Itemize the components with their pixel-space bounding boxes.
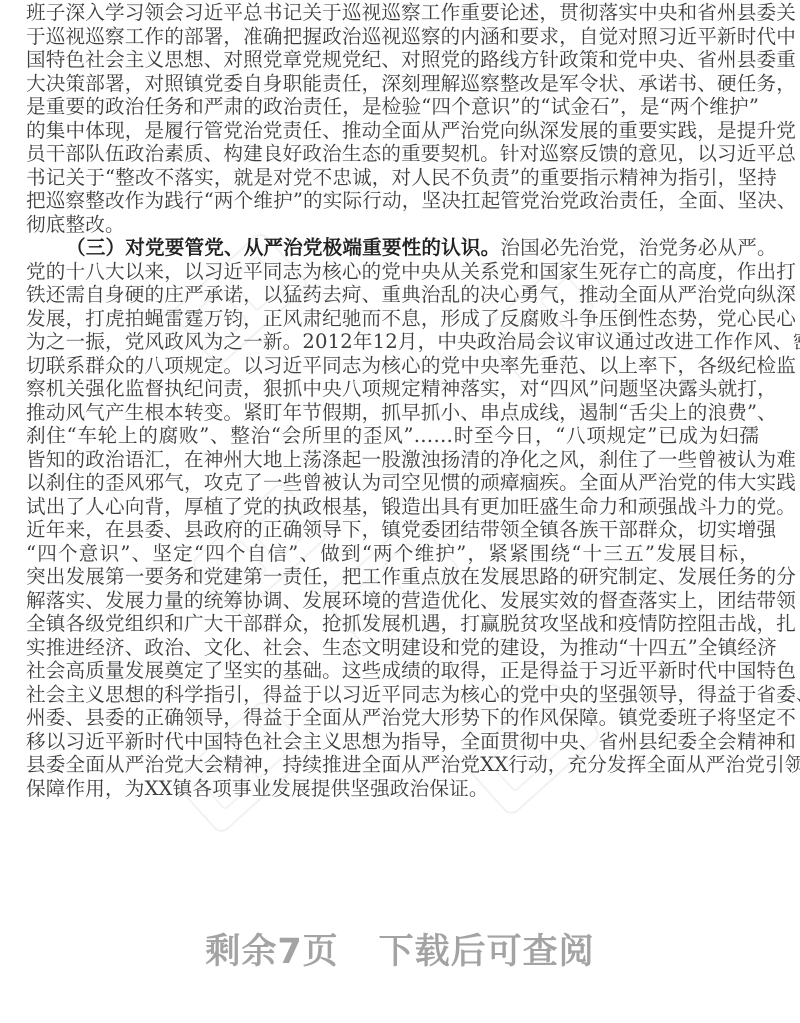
text-line: 皆知的政治语汇，在神州大地上荡涤起一股激浊扬清的净化之风，刹住了一些曾被认为难 [26,448,759,472]
text-line: 发展，打虎拍蝇雷霆万钧，正风肃纪驰而不息，形成了反腐败斗争压倒性态势，党心民心 [26,307,759,331]
text-line: 社会主义思想的科学指引，得益于以习近平同志为核心的党中央的坚强领导，得益于省委、 [26,683,759,707]
document-page: 班子深入学习领会习近平总书记关于巡视巡察工作重要论述，贯彻落实中央和省州县委关 … [0,0,800,1023]
text-line: 解落实、发展力量的统筹协调、发展环境的营造优化、发展实效的督查落实上，团结带领 [26,589,759,613]
section-three: （三）对党要管党、从严治党极端重要性的认识。治国必先治党，治党务必从严。 党的十… [26,236,759,800]
text-line: 国特色社会主义思想、对照党章党规党纪、对照党的路线方针政策和党中央、省州县委重 [26,48,759,72]
document-body: 班子深入学习领会习近平总书记关于巡视巡察工作重要论述，贯彻落实中央和省州县委关 … [26,1,759,800]
section-heading-tail: 治国必先治党，治党务必从严。 [500,236,776,259]
text-line: 试出了人心向背，厚植了党的执政根基，锻造出具有更加旺盛生命力和顽强战斗力的党。 [26,495,759,519]
text-line: 社会高质量发展奠定了坚实的基础。这些成绩的取得，正是得益于习近平新时代中国特色 [26,659,759,683]
paragraph-continuation: 班子深入学习领会习近平总书记关于巡视巡察工作重要论述，贯彻落实中央和省州县委关 … [26,1,759,236]
text-line: 突出发展第一要务和党建第一责任，把工作重点放在发展思路的研究制定、发展任务的分 [26,565,759,589]
text-line: 全镇各级党组织和广大干部群众，抢抓发展机遇，打赢脱贫攻坚战和疫情防控阻击战，扎 [26,612,759,636]
download-prompt[interactable]: 剩余7页下载后可查阅 [0,924,800,974]
text-line: 县委全面从严治党大会精神，持续推进全面从严治党XX行动，充分发挥全面从严治党引领 [26,753,759,777]
download-hint-label: 下载后可查阅 [379,932,595,972]
text-line: 切联系群众的八项规定。以习近平同志为核心的党中央率先垂范、以上率下，各级纪检监 [26,354,759,378]
text-line: 班子深入学习领会习近平总书记关于巡视巡察工作重要论述，贯彻落实中央和省州县委关 [26,1,759,25]
remaining-pages-label: 剩余7页 [205,932,338,972]
text-line: 大决策部署，对照镇党委自身职能责任，深刻理解巡察整改是军令状、承诺书、硬任务， [26,72,759,96]
text-line: 的集中体现，是履行管党治党责任、推动全面从严治党向纵深发展的重要实践，是提升党 [26,119,759,143]
text-line: 近年来，在县委、县政府的正确领导下，镇党委团结带领全镇各族干部群众，切实增强 [26,518,759,542]
text-line: 书记关于“整改不落实，就是对党不忠诚，对人民不负责”的重要指示精神为指引，坚持 [26,166,759,190]
text-line: 于巡视巡察工作的部署，准确把握政治巡视巡察的内涵和要求，自觉对照习近平新时代中 [26,25,759,49]
text-line: 刹住“车轮上的腐败”、整治“会所里的歪风”……时至今日，“八项规定”已成为妇孺 [26,424,759,448]
text-line: 推动风气产生根本转变。紧盯年节假期，抓早抓小、串点成线，遏制“舌尖上的浪费”、 [26,401,759,425]
text-line: 以刹住的歪风邪气，攻克了一些曾被认为司空见惯的顽瘴痼疾。全面从严治党的伟大实践 [26,471,759,495]
section-heading-line: （三）对党要管党、从严治党极端重要性的认识。治国必先治党，治党务必从严。 [26,236,759,260]
text-line: 实推进经济、政治、文化、社会、生态文明建设和党的建设，为推动“十四五”全镇经济 [26,636,759,660]
text-line: 移以习近平新时代中国特色社会主义思想为指导，全面贯彻中央、省州县纪委全会精神和 [26,730,759,754]
text-line: 员干部队伍政治素质、构建良好政治生态的重要契机。针对巡察反馈的意见，以习近平总 [26,142,759,166]
text-line: 为之一振，党风政风为之一新。2012年12月，中央政治局会议审议通过改进工作作风… [26,330,759,354]
text-line: 州委、县委的正确领导，得益于全面从严治党大形势下的作风保障。镇党委班子将坚定不 [26,706,759,730]
text-line: 把巡察整改作为践行“两个维护”的实际行动，坚决扛起管党治党政治责任，全面、坚决、 [26,189,759,213]
text-line: 铁还需自身硬的庄严承诺，以猛药去疴、重典治乱的决心勇气，推动全面从严治党向纵深 [26,283,759,307]
text-line: 党的十八大以来，以习近平同志为核心的党中央从关系党和国家生死存亡的高度，作出打 [26,260,759,284]
text-line: 是重要的政治任务和严肃的政治责任，是检验“四个意识”的“试金石”，是“两个维护” [26,95,759,119]
text-line: “四个意识”、坚定“四个自信”、做到“两个维护”，紧紧围绕“十三五”发展目标， [26,542,759,566]
text-line: 察机关强化监督执纪问责，狠抓中央八项规定精神落实，对“四风”问题坚决露头就打， [26,377,759,401]
section-heading: （三）对党要管党、从严治党极端重要性的认识。 [66,236,500,259]
text-line: 保障作用，为XX镇各项事业发展提供坚强政治保证。 [26,777,759,801]
text-line: 彻底整改。 [26,213,759,237]
